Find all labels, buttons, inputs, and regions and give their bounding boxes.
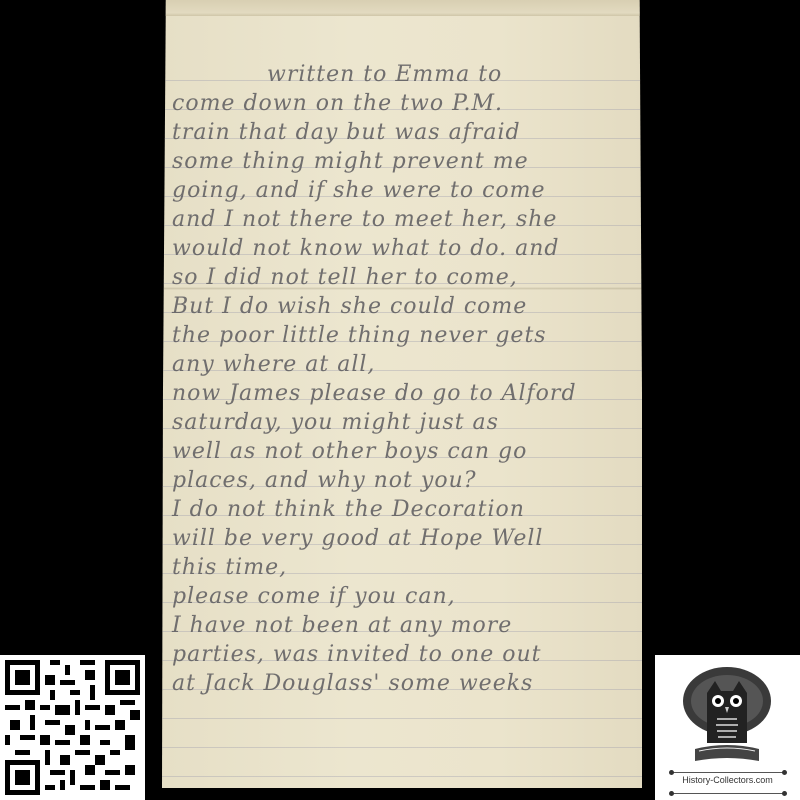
text-line: this time, [172,553,634,582]
text-line: But I do wish she could come [172,292,634,321]
text-line: will be very good at Hope Well [172,524,634,553]
letter-page: written to Emma to come down on the two … [162,0,642,788]
divider [673,793,783,794]
text-line: saturday, you might just as [172,408,634,437]
site-name: History-Collectors.com [655,775,800,785]
text-line: come down on the two P.M. [172,89,634,118]
text-line: parties, was invited to one out [172,640,634,669]
text-line: would not know what to do. and [172,234,634,263]
text-line: written to Emma to [172,60,634,89]
text-line: I have not been at any more [172,611,634,640]
text-line: so I did not tell her to come, [172,263,634,292]
divider [673,772,783,773]
text-line: any where at all, [172,350,634,379]
text-line: some thing might prevent me [172,147,634,176]
text-line: at Jack Douglass' some weeks [172,669,634,698]
owl-on-book-icon [677,663,777,768]
handwritten-text: written to Emma to come down on the two … [172,60,634,698]
text-line: train that day but was afraid [172,118,634,147]
text-line: places, and why not you? [172,466,634,495]
text-line: well as not other boys can go [172,437,634,466]
text-line: I do not think the Decoration [172,495,634,524]
qr-code-icon[interactable] [0,655,145,800]
top-fold [162,0,642,16]
text-line: now James please do go to Alford [172,379,634,408]
text-line: please come if you can, [172,582,634,611]
history-collectors-logo[interactable]: History-Collectors.com [655,655,800,800]
text-line: and I not there to meet her, she [172,205,634,234]
text-line: going, and if she were to come [172,176,634,205]
text-line: the poor little thing never gets [172,321,634,350]
